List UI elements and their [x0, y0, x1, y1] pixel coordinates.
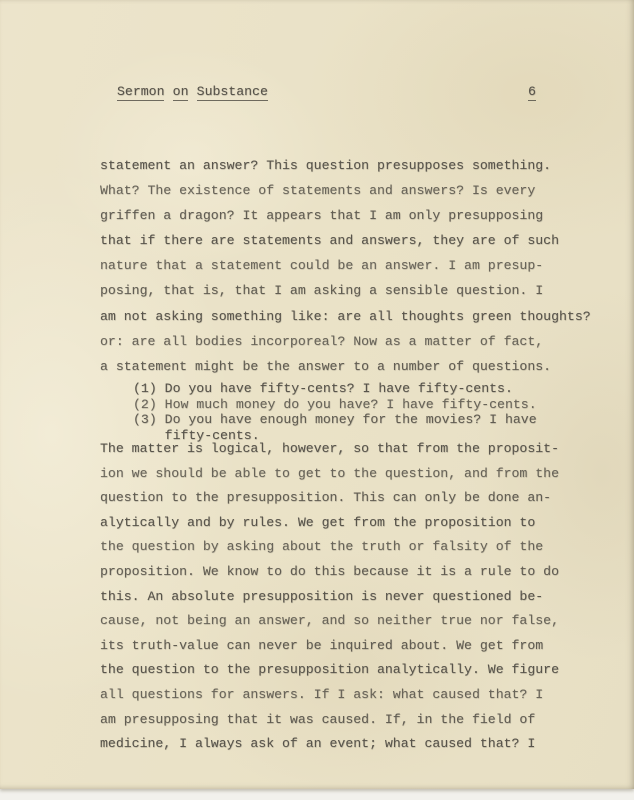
numbered-list: (1) Do you have fifty-cents? I have fift…: [133, 381, 537, 444]
text-line: medicine, I always ask of an event; what…: [100, 732, 559, 757]
text-line: that if there are statements and answers…: [100, 228, 591, 253]
paper-page: SermononSubstance 6 statement an answer?…: [0, 0, 634, 789]
text-line: am presupposing that it was caused. If, …: [100, 708, 559, 733]
page-number: 6: [528, 84, 536, 101]
text-line: ion we should be able to get to the ques…: [100, 462, 559, 487]
document-scan: SermononSubstance 6 statement an answer?…: [0, 0, 634, 800]
text-line: the question by asking about the truth o…: [100, 535, 559, 560]
text-line: all questions for answers. If I ask: wha…: [100, 683, 559, 708]
text-line: (1) Do you have fifty-cents? I have fift…: [133, 381, 537, 397]
body-paragraph-2: The matter is logical, however, so that …: [100, 437, 559, 757]
text-line: The matter is logical, however, so that …: [100, 437, 559, 462]
title-word: on: [173, 84, 189, 101]
text-line: this. An absolute presupposition is neve…: [100, 585, 559, 610]
body-paragraph-1: statement an answer? This question presu…: [100, 153, 591, 379]
text-line: proposition. We know to do this because …: [100, 560, 559, 585]
text-line: (2) How much money do you have? I have f…: [133, 397, 537, 413]
text-line: (3) Do you have enough money for the mov…: [133, 412, 537, 428]
text-line: nature that a statement could be an answ…: [100, 253, 591, 278]
text-line: What? The existence of statements and an…: [100, 178, 591, 203]
document-header: SermononSubstance 6: [117, 84, 536, 101]
document-title: SermononSubstance: [117, 84, 268, 99]
text-line: am not asking something like: are all th…: [100, 304, 591, 329]
text-line: question to the presupposition. This can…: [100, 486, 559, 511]
text-line: or: are all bodies incorporeal? Now as a…: [100, 329, 591, 354]
text-line: posing, that is, that I am asking a sens…: [100, 278, 591, 303]
text-line: griffen a dragon? It appears that I am o…: [100, 203, 591, 228]
text-line: statement an answer? This question presu…: [100, 153, 591, 178]
text-line: the question to the presupposition analy…: [100, 658, 559, 683]
text-line: a statement might be the answer to a num…: [100, 354, 591, 379]
title-word: Sermon: [117, 84, 164, 101]
title-word: Substance: [197, 84, 268, 101]
text-line: its truth-value can never be inquired ab…: [100, 634, 559, 659]
text-line: alytically and by rules. We get from the…: [100, 511, 559, 536]
text-line: cause, not being an answer, and so neith…: [100, 609, 559, 634]
